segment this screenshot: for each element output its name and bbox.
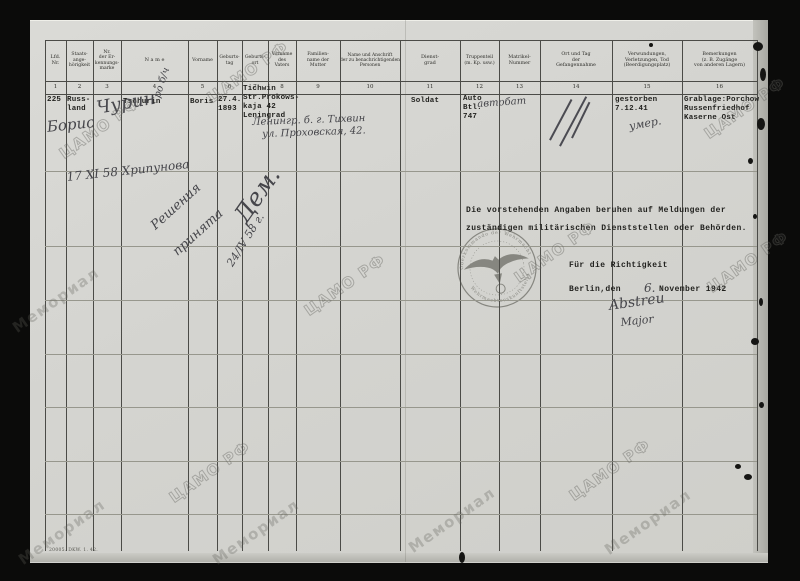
column-header-10: Name und Anschrift der zu benachrichtige…: [340, 41, 400, 80]
table-row-line: [45, 246, 757, 247]
typed-text: Russ- land: [67, 96, 91, 114]
column-header-9: Familien- name der Mutter: [296, 41, 340, 80]
typed-text: 225: [47, 96, 61, 105]
column-number-11: 11: [400, 82, 460, 93]
ink-blot: [757, 118, 765, 130]
typed-text: Für die Richtigkeit: [569, 261, 668, 270]
ink-blot: [748, 158, 753, 164]
column-number-1: 1: [45, 82, 66, 93]
scanned-card-scene: Oberkommando der Wehrmacht Wehrmachtausk…: [0, 0, 800, 581]
column-number-9: 9: [296, 82, 340, 93]
column-header-15: Verwundungen, Verletzungen, Tod (Beerdig…: [612, 41, 682, 80]
ink-blot: [649, 43, 653, 47]
column-number-14: 14: [540, 82, 612, 93]
column-header-4: N a m e: [121, 41, 188, 80]
paper-crease: [405, 20, 406, 562]
column-number-10: 10: [340, 82, 400, 93]
ink-blot: [753, 42, 763, 51]
column-header-2: Staats- ange- hörigkeit: [66, 41, 93, 80]
stamp-wreath: [495, 283, 505, 293]
ink-blot: [760, 68, 766, 81]
column-header-5: Vorname: [188, 41, 217, 80]
table-row-line: [45, 354, 757, 355]
ink-blot: [744, 474, 752, 480]
ink-blot: [759, 402, 764, 408]
typed-text: Die vorstehenden Angaben beruhen auf Mel…: [466, 202, 747, 237]
ink-blot: [753, 214, 757, 219]
table-column-line: [460, 40, 461, 551]
table-column-line: [540, 40, 541, 551]
column-number-13: 13: [499, 82, 540, 93]
column-header-13: Matrikel- Nummer: [499, 41, 540, 80]
table-row-line: [45, 407, 757, 408]
typed-text: Soldat: [411, 97, 439, 106]
column-header-16: Bemerkungen (z. B. Zugänge von anderen L…: [682, 41, 757, 80]
column-number-12: 12: [460, 82, 499, 93]
ink-blot: [759, 298, 763, 306]
column-header-14: Ort und Tag der Gefangennahme: [540, 41, 612, 80]
ink-blot: [751, 338, 759, 345]
paper-bottom-edge: [30, 553, 768, 562]
ink-blot: [459, 552, 465, 563]
table-column-line: [400, 40, 401, 551]
table-column-line: [682, 40, 683, 551]
column-header-12: Truppenteil (m. Kp. usw.): [460, 41, 499, 80]
column-number-3: 3: [93, 82, 121, 93]
form-print-code: 20005. DKW. 1. 42.: [49, 548, 98, 553]
typed-text: gestorben 7.12.41: [615, 96, 657, 114]
table-row-line: [45, 81, 757, 82]
column-number-16: 16: [682, 82, 757, 93]
column-header-11: Dienst- grad: [400, 41, 460, 80]
column-number-15: 15: [612, 82, 682, 93]
ink-blot: [735, 464, 741, 469]
column-header-3: Nr. der Er- kennungs- marke: [93, 41, 121, 80]
table-row-line: [45, 40, 757, 41]
typed-text: Berlin,den: [569, 285, 621, 294]
column-number-2: 2: [66, 82, 93, 93]
table-row-line: [45, 461, 757, 462]
table-column-line: [499, 40, 500, 551]
column-header-1: Lfd. Nr.: [45, 41, 66, 80]
